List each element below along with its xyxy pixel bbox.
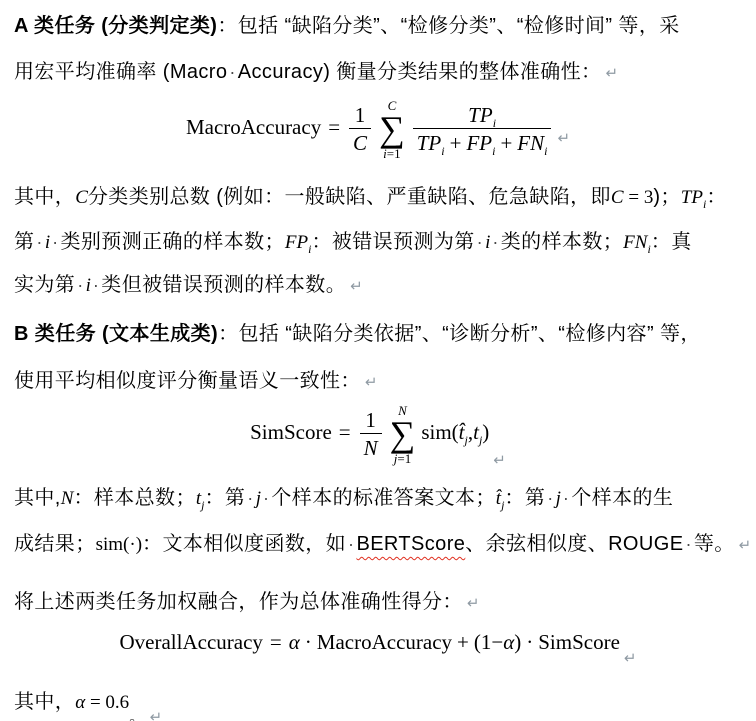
space-mark-icon: · [50, 232, 60, 252]
plus-sign: + [457, 630, 469, 654]
paragraph-mark-icon: ↵ [601, 65, 618, 82]
paragraph-mark-icon: ↵ [620, 651, 637, 667]
inline-math: C [75, 187, 88, 208]
fraction-one-over-n: 1N [360, 408, 382, 460]
text-run: ：第 [204, 487, 245, 509]
text-run: ：第 [504, 487, 545, 509]
text-run: 个样本的生 [571, 487, 673, 509]
cdot: · [305, 630, 312, 654]
text-run: 包括 “缺陷分类”、“检修分类”、“检修时间” 等，采 [238, 15, 680, 37]
space-mark-icon: · [475, 232, 485, 252]
math-function-name: SimScore [250, 420, 332, 444]
paragraph-mark-icon: ↵ [146, 709, 163, 721]
space-mark-icon: · [227, 62, 237, 82]
equals-sign: = [270, 630, 282, 654]
formula-sim-score: SimScore=1NN∑j=1sim(t̂j,tj)↵ [0, 404, 756, 465]
equals-sign: = [339, 420, 351, 444]
text-run: ： [706, 186, 726, 208]
text-run: )； [653, 186, 680, 208]
paragraph-b-desc-line-2: 成结果；sim(·)：文本相似度函数，如·BERTScore、余弦相似度、ROU… [14, 533, 751, 557]
space-mark-icon: · [545, 488, 555, 508]
paragraph-mark-icon: ↵ [346, 278, 363, 295]
math-function-name: OverallAccuracy [119, 630, 262, 654]
space-mark-icon: · [683, 534, 693, 554]
summation: N∑j=1 [390, 404, 416, 465]
paragraph-b-line-2: 使用平均相似度评分衡量语义一致性：↵ [14, 370, 377, 394]
text-run: 将上述两类任务加权融合，作为总体准确性得分： [14, 591, 463, 613]
inline-math: = 3 [624, 187, 654, 208]
space-mark-icon: · [261, 488, 271, 508]
inline-math: TP [681, 187, 703, 208]
document-page: A 类任务 (分类判定类)：包括 “缺陷分类”、“检修分类”、“检修时间” 等，… [0, 0, 756, 721]
space-mark-icon: · [245, 488, 255, 508]
sim-score-term: SimScore [538, 630, 620, 654]
text-run: ：文本相似度函数，如 [142, 533, 346, 555]
paragraph-alpha-value: 其中，α = 0.6。↵ [14, 691, 162, 715]
text-run: 、余弦相似度、 [465, 533, 608, 555]
sigma-icon: ∑ [390, 417, 416, 452]
inline-math: sim( [96, 534, 130, 555]
heading-a-colon: ： [217, 15, 237, 37]
text-run: 类但被错误预测的样本数。 [101, 274, 346, 296]
space-mark-icon: · [346, 534, 356, 554]
macro-accuracy-term: MacroAccuracy [317, 630, 452, 654]
text-run: 类的样本数； [501, 231, 623, 253]
paragraph-mark-icon: ↵ [463, 595, 480, 612]
heading-b-colon: ： [218, 323, 238, 345]
paragraph-a-desc-line-3: 实为第·i·类但被错误预测的样本数。↵ [14, 274, 363, 298]
heading-b: B 类任务 (文本生成类) [14, 323, 218, 345]
text-run: 包括 “缺陷分类依据”、“诊断分析”、“检修内容” 等， [238, 323, 700, 345]
text-run: 使用平均相似度评分衡量语义一致性： [14, 370, 361, 392]
space-mark-icon: · [490, 232, 500, 252]
text-run: ：被错误预测为第 [311, 231, 474, 253]
text-run: 其中， [14, 691, 75, 713]
math-function-name: MacroAccuracy [186, 115, 321, 139]
paragraph-a-desc-line-2: 第·i·类别预测正确的样本数；FPi：被错误预测为第·i·类的样本数；FNi：真 [14, 231, 692, 254]
full-stop: 。 [129, 709, 145, 721]
paragraph-a-line-1: A 类任务 (分类判定类)：包括 “缺陷分类”、“检修分类”、“检修时间” 等，… [14, 15, 680, 38]
text-run: 第 [14, 231, 34, 253]
heading-a: A 类任务 (分类判定类) [14, 15, 217, 37]
text-run: ：真 [651, 231, 692, 253]
equals-sign: = [328, 115, 340, 139]
text-run: 其中, [14, 487, 61, 509]
paragraph-b-desc-line-1: 其中,N：样本总数；tj：第·j·个样本的标准答案文本；t̂j：第·j·个样本的… [14, 487, 673, 510]
text-run: 成结果； [14, 533, 96, 555]
space-mark-icon: · [561, 488, 571, 508]
alpha-variable: α [503, 630, 514, 654]
inline-math: FN [623, 232, 647, 253]
text-run: Accuracy) 衡量分类结果的整体准确性： [238, 61, 602, 83]
formula-macro-accuracy: MacroAccuracy=1CC∑i=1TPiTPi+FPi+FNi↵ [0, 99, 756, 160]
alpha-value: = 0.6 [85, 692, 129, 713]
word-rouge: ROUGE [608, 533, 683, 555]
formula-overall-accuracy: OverallAccuracy=α·MacroAccuracy+(1−α)·Si… [0, 630, 756, 654]
close-paren: ) [514, 630, 521, 654]
inline-math: C [611, 187, 624, 208]
sim-function: sim( [421, 420, 458, 444]
text-run: 用宏平均准确率 (Macro [14, 61, 227, 83]
space-mark-icon: · [91, 275, 101, 295]
text-run: 分类类别总数 (例如：一般缺陷、严重缺陷、危急缺陷，即 [88, 186, 611, 208]
open-paren-term: (1− [474, 630, 503, 654]
paragraph-fusion: 将上述两类任务加权融合，作为总体准确性得分：↵ [14, 591, 479, 615]
cdot: · [526, 630, 533, 654]
close-paren: ) [482, 420, 489, 444]
text-run: 实为第 [14, 274, 75, 296]
summation: C∑i=1 [379, 99, 405, 160]
alpha-variable: α [289, 630, 300, 654]
paragraph-a-desc-line-1: 其中，C分类类别总数 (例如：一般缺陷、严重缺陷、危急缺陷，即C = 3)；TP… [14, 186, 727, 209]
paragraph-b-line-1: B 类任务 (文本生成类)：包括 “缺陷分类依据”、“诊断分析”、“检修内容” … [14, 323, 701, 346]
paragraph-a-line-2: 用宏平均准确率 (Macro·Accuracy) 衡量分类结果的整体准确性：↵ [14, 61, 618, 85]
sigma-icon: ∑ [379, 112, 405, 147]
paragraph-mark-icon: ↵ [361, 374, 378, 391]
paragraph-mark-icon: ↵ [489, 453, 506, 469]
inline-math: FP [285, 232, 308, 253]
fraction-one-over-c: 1C [349, 103, 371, 155]
misspelled-word-bertscore: BERTScore [356, 533, 465, 555]
text-run: 类别预测正确的样本数； [61, 231, 285, 253]
inline-math: N [61, 488, 74, 509]
alpha-variable: α [75, 692, 85, 713]
space-mark-icon: · [75, 275, 85, 295]
text-run: 等。 [694, 533, 735, 555]
paragraph-mark-icon: ↵ [735, 537, 752, 554]
text-run: ：样本总数； [73, 487, 195, 509]
text-run: 其中， [14, 186, 75, 208]
fraction-tp-over-sum: TPiTPi+FPi+FNi [413, 103, 552, 155]
text-run: 个样本的标准答案文本； [271, 487, 495, 509]
space-mark-icon: · [34, 232, 44, 252]
paragraph-mark-icon: ↵ [553, 131, 570, 147]
